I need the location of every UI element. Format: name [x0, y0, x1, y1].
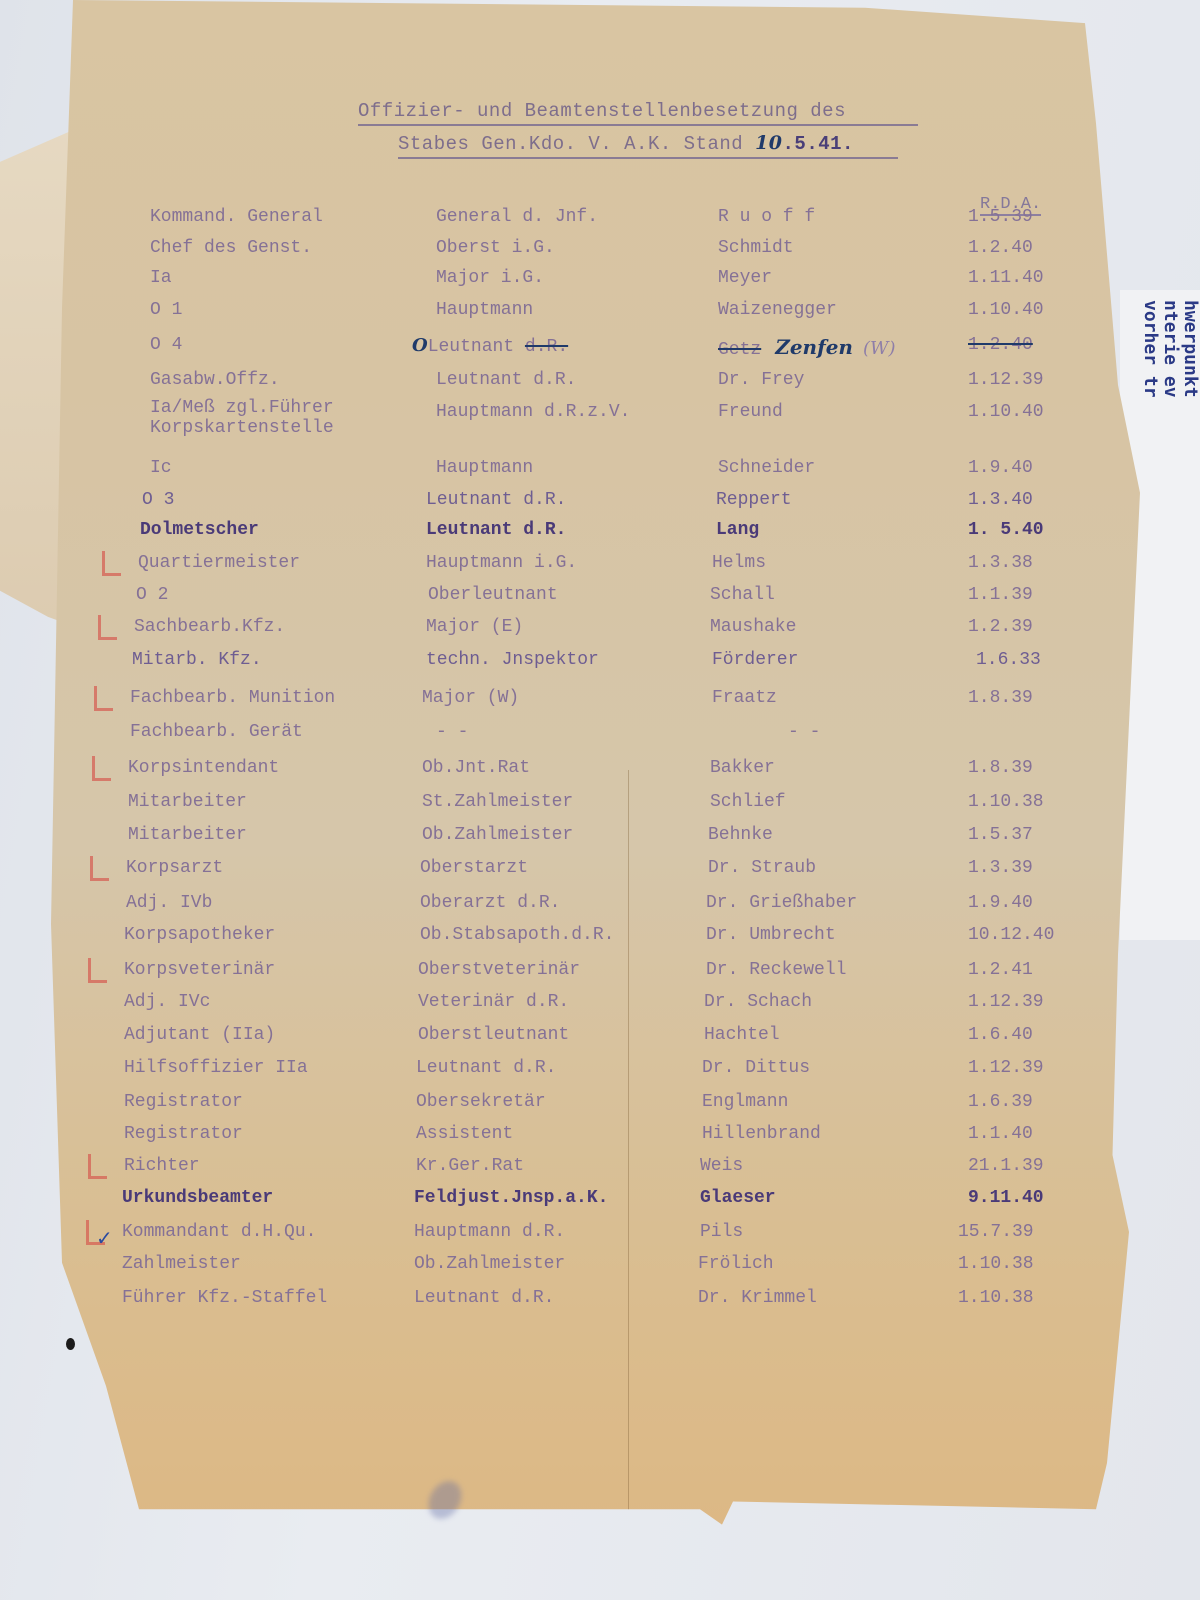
name-cell: Freund: [718, 402, 783, 422]
rank-cell: Veterinär d.R.: [418, 992, 569, 1012]
handwritten-name: Zenfen: [775, 335, 853, 359]
table-row: KorpsarztOberstarztDr. Straub1.3.39: [0, 858, 1100, 888]
rda-cell: 1.9.40: [968, 893, 1033, 913]
position-cell: O 1: [150, 300, 182, 320]
handwritten-mark: O: [412, 335, 428, 356]
table-row: QuartiermeisterHauptmann i.G.Helms1.3.38: [0, 553, 1100, 583]
rank-cell: Oberstleutnant: [418, 1025, 569, 1045]
position-cell: Führer Kfz.-Staffel: [122, 1288, 327, 1308]
table-row: Kommandant d.H.Qu.Hauptmann d.R.Pils15.7…: [0, 1222, 1100, 1252]
table-row: Fachbearb. Gerät- -- -: [0, 722, 1100, 752]
rank-cell: Kr.Ger.Rat: [416, 1156, 524, 1176]
rank-cell: Major (E): [426, 617, 523, 637]
rank-cell: Ob.Zahlmeister: [422, 825, 573, 845]
table-row: KorpsveterinärOberstveterinärDr. Reckewe…: [0, 960, 1100, 990]
rank-cell: Oberstveterinär: [418, 960, 580, 980]
position-cell: Hilfsoffizier IIa: [124, 1058, 308, 1078]
table-row: MitarbeiterSt.ZahlmeisterSchlief1.10.38: [0, 792, 1100, 822]
table-row: RegistratorObersekretärEnglmann1.6.39: [0, 1092, 1100, 1122]
rda-cell: 1.6.40: [968, 1025, 1033, 1045]
rank-cell: Leutnant d.R.: [426, 520, 566, 540]
rank-cell: Major i.G.: [436, 268, 544, 288]
red-bracket-mark: [102, 551, 121, 576]
rank-cell: Feldjust.Jnsp.a.K.: [414, 1188, 608, 1208]
rank-cell: Hauptmann: [436, 458, 533, 478]
table-row: RegistratorAssistentHillenbrand1.1.40: [0, 1124, 1100, 1154]
title-date-handwritten: 10: [755, 132, 782, 154]
struck-name: Getz: [718, 340, 761, 360]
position-cell: Fachbearb. Munition: [130, 688, 335, 708]
table-row: Sachbearb.Kfz.Major (E)Maushake1.2.39: [0, 617, 1100, 647]
title-date-typed: .5.41.: [783, 133, 854, 155]
name-cell: Dr. Straub: [708, 858, 816, 878]
rda-cell: 1.3.39: [968, 858, 1033, 878]
rda-cell: 1.10.40: [968, 300, 1044, 320]
table-row: MitarbeiterOb.ZahlmeisterBehnke1.5.37: [0, 825, 1100, 855]
name-cell: GetzZenfen(W): [718, 335, 896, 360]
name-cell: Dr. Reckewell: [706, 960, 846, 980]
table-row: ZahlmeisterOb.ZahlmeisterFrölich1.10.38: [0, 1254, 1100, 1284]
rda-cell: 1.8.39: [968, 758, 1033, 778]
name-cell: Dr. Umbrecht: [706, 925, 836, 945]
red-bracket-mark: [88, 958, 107, 983]
position-cell: Mitarbeiter: [128, 825, 247, 845]
rank-cell: Hauptmann d.R.: [414, 1222, 565, 1242]
rank-cell: Assistent: [416, 1124, 513, 1144]
name-cell: Frölich: [698, 1254, 774, 1274]
rda-cell: 9.11.40: [968, 1188, 1044, 1208]
position-cell: Ia/Meß zgl.Führer Korpskartenstelle: [150, 398, 334, 438]
table-row: Adj. IVcVeterinär d.R.Dr. Schach1.12.39: [0, 992, 1100, 1022]
rda-cell-struck: 1.2.40: [968, 335, 1033, 355]
position-cell: Ia: [150, 268, 172, 288]
table-row: O 1HauptmannWaizenegger1.10.40: [0, 300, 1100, 330]
position-cell: Kommand. General: [150, 207, 323, 227]
rda-cell: 1.6.39: [968, 1092, 1033, 1112]
rank-cell: Major (W): [422, 688, 519, 708]
position-cell: Urkundsbeamter: [122, 1188, 273, 1208]
table-row: IcHauptmannSchneider1.9.40: [0, 458, 1100, 488]
table-row: Adjutant (IIa)OberstleutnantHachtel1.6.4…: [0, 1025, 1100, 1055]
table-row: Hilfsoffizier IIaLeutnant d.R.Dr. Dittus…: [0, 1058, 1100, 1088]
position-cell: Mitarbeiter: [128, 792, 247, 812]
rda-cell: 1.1.40: [968, 1124, 1033, 1144]
handwritten-note: (W): [863, 338, 896, 359]
rda-cell: 1.12.39: [968, 992, 1044, 1012]
rda-cell: 1.10.40: [968, 402, 1044, 422]
name-cell: Behnke: [708, 825, 773, 845]
position-cell: O 2: [136, 585, 168, 605]
name-cell: Dr. Schach: [704, 992, 812, 1012]
name-cell: Pils: [700, 1222, 743, 1242]
rda-cell: 1.5.39: [968, 207, 1033, 227]
table-row: Kommand. GeneralGeneral d. Jnf.R u o f f…: [0, 207, 1100, 237]
position-cell: Kommandant d.H.Qu.: [122, 1222, 316, 1242]
name-cell: - -: [788, 722, 820, 742]
position-cell: Registrator: [124, 1124, 243, 1144]
position-cell: O 3: [142, 490, 174, 510]
rda-cell: 1.1.39: [968, 585, 1033, 605]
underlying-sheet-text: hwerpunkt nterie ev vorher tr llungen. k…: [1140, 300, 1200, 940]
name-cell: Maushake: [710, 617, 796, 637]
rda-cell: 1.3.40: [968, 490, 1033, 510]
ink-spot: [66, 1338, 75, 1350]
name-cell: Schneider: [718, 458, 815, 478]
table-row: Ia/Meß zgl.Führer KorpskartenstelleHaupt…: [0, 402, 1100, 432]
name-cell: Glaeser: [700, 1188, 776, 1208]
rank-cell: Leutnant d.R.: [426, 490, 566, 510]
name-cell: Hachtel: [704, 1025, 780, 1045]
name-cell: Schall: [710, 585, 775, 605]
title-line-1: Offizier- und Beamtenstellenbesetzung de…: [358, 100, 918, 126]
rank-cell: Hauptmann: [436, 300, 533, 320]
table-row: KorpsapothekerOb.Stabsapoth.d.R.Dr. Umbr…: [0, 925, 1100, 955]
position-cell: Fachbearb. Gerät: [130, 722, 303, 742]
position-cell: Korpsapotheker: [124, 925, 275, 945]
position-cell: Registrator: [124, 1092, 243, 1112]
table-row: Chef des Genst.Oberst i.G.Schmidt1.2.40: [0, 238, 1100, 268]
position-cell: Korpsveterinär: [124, 960, 275, 980]
rda-cell: 10.12.40: [968, 925, 1054, 945]
rda-cell: 1.12.39: [968, 370, 1044, 390]
name-cell: Waizenegger: [718, 300, 837, 320]
position-cell: Korpsarzt: [126, 858, 223, 878]
rda-cell: 1.12.39: [968, 1058, 1044, 1078]
rank-cell: Ob.Zahlmeister: [414, 1254, 565, 1274]
rank-cell: OLeutnant d.R.: [412, 335, 568, 357]
name-cell: Englmann: [702, 1092, 788, 1112]
rank-cell: Leutnant d.R.: [416, 1058, 556, 1078]
rank-cell: Leutnant d.R.: [436, 370, 576, 390]
name-cell: Dr. Frey: [718, 370, 804, 390]
position-cell: Adj. IVc: [124, 992, 210, 1012]
table-row: IaMajor i.G.Meyer1.11.40: [0, 268, 1100, 298]
rank-text: Leutnant: [428, 337, 514, 357]
rda-cell: 1.2.41: [968, 960, 1033, 980]
table-row: Führer Kfz.-StaffelLeutnant d.R.Dr. Krim…: [0, 1288, 1100, 1318]
name-cell: Bakker: [710, 758, 775, 778]
table-row: O 4OLeutnant d.R.GetzZenfen(W)1.2.40: [0, 335, 1100, 365]
rda-cell: 1.10.38: [958, 1254, 1034, 1274]
name-cell: Förderer: [712, 650, 798, 670]
rank-cell: Oberarzt d.R.: [420, 893, 560, 913]
position-cell: Korpsintendant: [128, 758, 279, 778]
position-cell: Zahlmeister: [122, 1254, 241, 1274]
name-cell: Weis: [700, 1156, 743, 1176]
position-cell: Quartiermeister: [138, 553, 300, 573]
red-bracket-mark: [90, 856, 109, 881]
position-cell: Adjutant (IIa): [124, 1025, 275, 1045]
rda-cell: 1.3.38: [968, 553, 1033, 573]
struck-rank: d.R.: [525, 337, 568, 357]
table-row: O 2OberleutnantSchall1.1.39: [0, 585, 1100, 615]
position-cell: Dolmetscher: [140, 520, 259, 540]
rda-cell: 1.10.38: [968, 792, 1044, 812]
rank-cell: Obersekretär: [416, 1092, 546, 1112]
table-row: KorpsintendantOb.Jnt.RatBakker1.8.39: [0, 758, 1100, 788]
name-cell: Fraatz: [712, 688, 777, 708]
rank-cell: Oberleutnant: [428, 585, 558, 605]
position-cell: Adj. IVb: [126, 893, 212, 913]
rank-cell: General d. Jnf.: [436, 207, 598, 227]
table-row: Adj. IVbOberarzt d.R.Dr. Grießhaber1.9.4…: [0, 893, 1100, 923]
rda-cell: 1.9.40: [968, 458, 1033, 478]
rda-cell: 21.1.39: [968, 1156, 1044, 1176]
name-cell: Reppert: [716, 490, 792, 510]
name-cell: R u o f f: [718, 207, 815, 227]
rank-cell: Hauptmann d.R.z.V.: [436, 402, 630, 422]
table-row: UrkundsbeamterFeldjust.Jnsp.a.K.Glaeser9…: [0, 1188, 1100, 1218]
rank-cell: Ob.Jnt.Rat: [422, 758, 530, 778]
rank-cell: Oberstarzt: [420, 858, 528, 878]
table-row: Gasabw.Offz.Leutnant d.R.Dr. Frey1.12.39: [0, 370, 1100, 400]
position-cell: O 4: [150, 335, 182, 355]
rda-cell: 1.6.33: [976, 650, 1041, 670]
checkmark-icon: ✓: [96, 1226, 113, 1250]
rank-cell: Leutnant d.R.: [414, 1288, 554, 1308]
red-bracket-mark: [92, 756, 111, 781]
name-cell: Schlief: [710, 792, 786, 812]
name-cell: Meyer: [718, 268, 772, 288]
table-row: Mitarb. Kfz.techn. JnspektorFörderer1.6.…: [0, 650, 1100, 680]
position-cell: Ic: [150, 458, 172, 478]
red-bracket-mark: [88, 1154, 107, 1179]
rda-cell: 1.8.39: [968, 688, 1033, 708]
rda-cell: 1. 5.40: [968, 520, 1044, 540]
rank-cell: St.Zahlmeister: [422, 792, 573, 812]
rank-cell: Oberst i.G.: [436, 238, 555, 258]
table-row: DolmetscherLeutnant d.R.Lang1. 5.40: [0, 520, 1100, 550]
name-cell: Dr. Dittus: [702, 1058, 810, 1078]
table-row: Fachbearb. MunitionMajor (W)Fraatz1.8.39: [0, 688, 1100, 718]
position-cell: Mitarb. Kfz.: [132, 650, 262, 670]
rda-cell: 1.2.39: [968, 617, 1033, 637]
name-cell: Helms: [712, 553, 766, 573]
rda-cell: 1.11.40: [968, 268, 1044, 288]
rank-cell: techn. Jnspektor: [426, 650, 599, 670]
rda-cell: 1.5.37: [968, 825, 1033, 845]
name-cell: Schmidt: [718, 238, 794, 258]
rank-cell: Hauptmann i.G.: [426, 553, 577, 573]
position-cell: Sachbearb.Kfz.: [134, 617, 285, 637]
name-cell: Hillenbrand: [702, 1124, 821, 1144]
position-cell: Gasabw.Offz.: [150, 370, 280, 390]
rda-cell: 1.10.38: [958, 1288, 1034, 1308]
rda-cell: 1.2.40: [968, 238, 1033, 258]
table-row: O 3Leutnant d.R.Reppert1.3.40: [0, 490, 1100, 520]
document-title: Offizier- und Beamtenstellenbesetzung de…: [358, 100, 918, 159]
red-bracket-mark: [94, 686, 113, 711]
position-cell: Chef des Genst.: [150, 238, 312, 258]
position-cell: Richter: [124, 1156, 200, 1176]
rank-cell: Ob.Stabsapoth.d.R.: [420, 925, 614, 945]
title-line-2: Stabes Gen.Kdo. V. A.K. Stand 10.5.41.: [398, 132, 898, 159]
name-cell: Lang: [716, 520, 759, 540]
name-cell: Dr. Krimmel: [698, 1288, 817, 1308]
red-bracket-mark: [98, 615, 117, 640]
rank-cell: - -: [436, 722, 468, 742]
table-row: RichterKr.Ger.RatWeis21.1.39: [0, 1156, 1100, 1186]
name-cell: Dr. Grießhaber: [706, 893, 857, 913]
rda-cell: 15.7.39: [958, 1222, 1034, 1242]
